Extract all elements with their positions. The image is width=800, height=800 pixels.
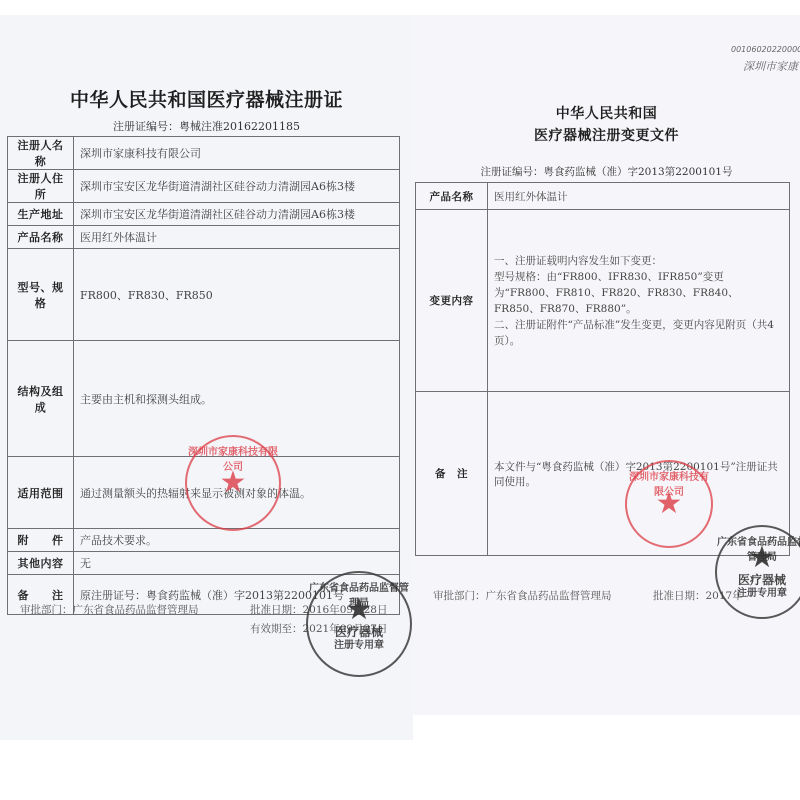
- change-line: 一、注册证载明内容发生如下变更：: [494, 253, 783, 269]
- table-row: 附 件产品技术要求。: [8, 529, 400, 552]
- table-row: 结构及组成主要由主机和探测头组成。: [8, 341, 400, 457]
- change-cert-number: 注册证编号：粤食药监械（准）字2013第2200101号: [413, 164, 800, 179]
- registration-certificate-page: 中华人民共和国医疗器械注册证 注册证编号：粤械注准20162201185 注册人…: [0, 15, 413, 740]
- table-row: 生产地址深圳市宝安区龙华街道清湖社区硅谷动力清湖园A6栋3楼: [8, 203, 400, 226]
- row-value: 医用红外体温计: [74, 226, 400, 249]
- seal-ring-text: 广东省食品药品监督管理局: [717, 533, 800, 563]
- row-label: 型号、规格: [8, 249, 74, 341]
- authority-label: 审批部门：: [433, 590, 486, 602]
- approval-authority: 审批部门：广东省食品药品监督管理局: [433, 588, 612, 603]
- row-value: 产品技术要求。: [74, 529, 400, 552]
- seal-inner-text: 医疗器械: [738, 573, 786, 587]
- row-label: 其他内容: [8, 552, 74, 575]
- row-label: 适用范围: [8, 457, 74, 529]
- certificate-title: 中华人民共和国医疗器械注册证: [0, 85, 413, 112]
- registration-change-page: 0010602022000093 深圳市家康 中华人民共和国 医疗器械注册变更文…: [413, 15, 800, 715]
- valid-until-label: 有效期至：: [250, 623, 303, 635]
- row-value: 深圳市家康科技有限公司: [74, 137, 400, 170]
- government-seal: 广东省食品药品监督管理局 ★ 医疗器械 注册专用章: [306, 571, 412, 677]
- government-seal: 广东省食品药品监督管理局 ★ 医疗器械 注册专用章: [715, 525, 800, 619]
- certificate-number: 注册证编号：粤械注准20162201185: [0, 118, 413, 134]
- cert-number-label: 注册证编号：: [481, 166, 544, 178]
- row-value: FR800、FR830、FR850: [74, 249, 400, 341]
- seal-ring-text: 广东省食品药品监督管理局: [308, 579, 410, 609]
- table-row: 注册人住所深圳市宝安区龙华街道清湖社区硅谷动力清湖园A6栋3楼: [8, 170, 400, 203]
- cert-number-label: 注册证编号：: [113, 120, 179, 133]
- handwritten-number: 0010602022000093: [731, 45, 800, 54]
- change-content: 一、注册证载明内容发生如下变更： 型号规格：由“FR800、IFR830、IFR…: [488, 210, 790, 392]
- table-row: 变更内容 一、注册证载明内容发生如下变更： 型号规格：由“FR800、IFR83…: [416, 210, 790, 392]
- row-value: 深圳市宝安区龙华街道清湖社区硅谷动力清湖园A6栋3楼: [74, 203, 400, 226]
- table-row: 型号、规格FR800、FR830、FR850: [8, 249, 400, 341]
- seal-ring-text: 深圳市家康科技有限公司: [187, 443, 279, 473]
- row-label: 生产地址: [8, 203, 74, 226]
- row-label: 注册人住所: [8, 170, 74, 203]
- table-row: 注册人名称深圳市家康科技有限公司: [8, 137, 400, 170]
- authority-value: 广东省食品药品监督管理局: [73, 604, 199, 616]
- row-label: 附 件: [8, 529, 74, 552]
- change-line: 二、注册证附件“产品标准”发生变更，变更内容见附页（共4页）。: [494, 317, 783, 349]
- table-row: 产品名称医用红外体温计: [416, 183, 790, 210]
- seal-inner-text: 医疗器械: [335, 625, 383, 639]
- change-title-line1: 中华人民共和国: [413, 103, 800, 123]
- authority-label: 审批部门：: [20, 604, 73, 616]
- row-label: 注册人名称: [8, 137, 74, 170]
- company-seal: 深圳市家康科技有限公司 ★: [625, 460, 713, 548]
- seal-bottom-text: 注册专用章: [334, 639, 384, 653]
- row-label: 产品名称: [8, 226, 74, 249]
- company-seal: 深圳市家康科技有限公司 ★: [185, 435, 281, 531]
- table-row: 产品名称医用红外体温计: [8, 226, 400, 249]
- approval-date-label: 批准日期：: [653, 590, 706, 602]
- handwritten-note: 深圳市家康: [743, 58, 798, 74]
- change-title-line2: 医疗器械注册变更文件: [413, 125, 800, 145]
- row-value: 医用红外体温计: [488, 183, 790, 210]
- cert-number-value: 粤食药监械（准）字2013第2200101号: [544, 166, 733, 178]
- row-label: 变更内容: [416, 210, 488, 392]
- row-value: 深圳市宝安区龙华街道清湖社区硅谷动力清湖园A6栋3楼: [74, 170, 400, 203]
- cert-number-value: 粤械注准20162201185: [179, 120, 300, 133]
- approval-authority: 审批部门：广东省食品药品监督管理局: [20, 602, 199, 617]
- approval-date-label: 批准日期：: [250, 604, 303, 616]
- row-label: 产品名称: [416, 183, 488, 210]
- row-label: 备 注: [416, 392, 488, 556]
- authority-value: 广东省食品药品监督管理局: [486, 590, 612, 602]
- change-line: 型号规格：由“FR800、IFR830、IFR850”变更为“FR800、FR8…: [494, 269, 783, 317]
- certificate-table: 注册人名称深圳市家康科技有限公司 注册人住所深圳市宝安区龙华街道清湖社区硅谷动力…: [7, 136, 400, 615]
- row-label: 结构及组成: [8, 341, 74, 457]
- table-row: 其他内容无: [8, 552, 400, 575]
- table-row: 备 注本文件与“粤食药监械（准）字2013第2200101号”注册证共同使用。: [416, 392, 790, 556]
- change-table: 产品名称医用红外体温计 变更内容 一、注册证载明内容发生如下变更： 型号规格：由…: [415, 182, 790, 556]
- seal-ring-text: 深圳市家康科技有限公司: [627, 468, 711, 498]
- seal-bottom-text: 注册专用章: [737, 587, 787, 601]
